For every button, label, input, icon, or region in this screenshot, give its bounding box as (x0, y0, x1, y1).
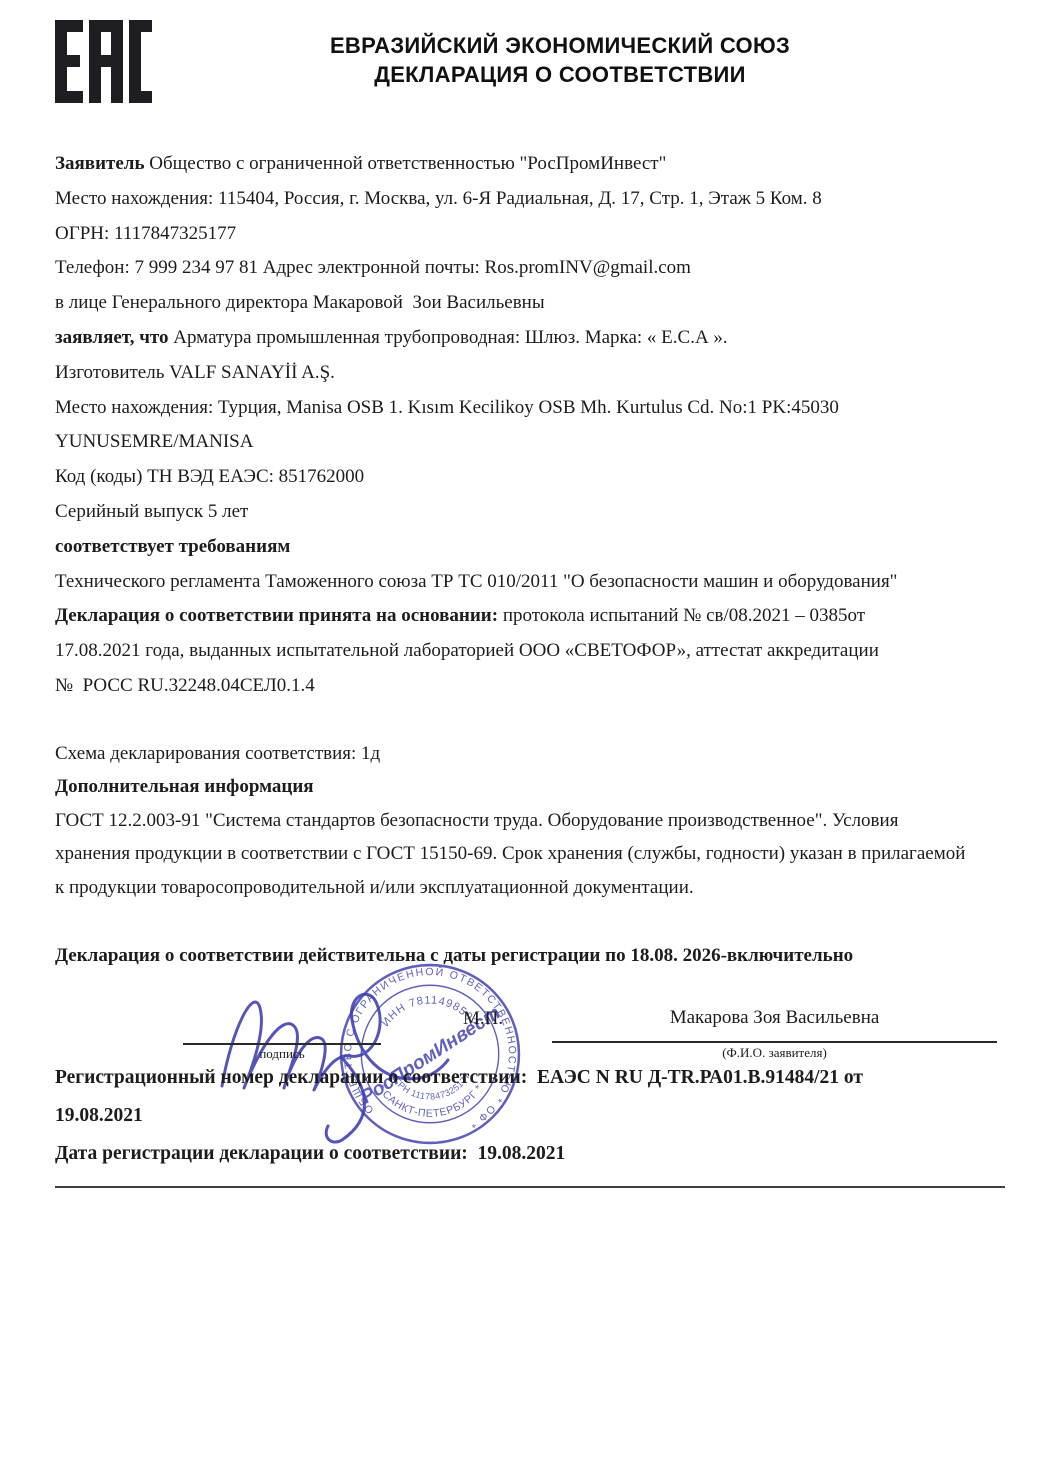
title-line-1: ЕВРАЗИЙСКИЙ ЭКОНОМИЧЕСКИЙ СОЮЗ (260, 31, 860, 60)
body-line: заявляет, что Арматура промышленная труб… (55, 321, 1020, 356)
bottom-divider (55, 1186, 1005, 1188)
eac-logo (55, 20, 152, 109)
body-block-2: Схема декларирования соответствия: 1д До… (55, 737, 1020, 904)
body-line: Место нахождения: 115404, Россия, г. Мос… (55, 182, 1020, 217)
body-line: Место нахождения: Турция, Manisa OSB 1. … (55, 391, 1020, 426)
body-line: к продукции товаросопроводительной и/или… (55, 871, 1020, 904)
mp-label: М.П. (463, 1008, 503, 1030)
body-line: Изготовитель VALF SANAYİİ A.Ş. (55, 356, 1020, 391)
eac-logo-glyph (55, 20, 152, 104)
document-page: ЕВРАЗИЙСКИЙ ЭКОНОМИЧЕСКИЙ СОЮЗ ДЕКЛАРАЦИ… (0, 0, 1062, 1476)
body-line: Дополнительная информация (55, 770, 1020, 803)
body-line: Серийный выпуск 5 лет (55, 495, 1020, 530)
body-line: хранения продукции в соответствии с ГОСТ… (55, 837, 1020, 870)
body-line: Схема декларирования соответствия: 1д (55, 737, 1020, 770)
body-line: YUNUSEMRE/MANISA (55, 425, 1020, 460)
body-line: соответствует требованиям (55, 530, 1020, 565)
registration-date-line: Дата регистрации декларации о соответств… (55, 1135, 1040, 1173)
body-line: в лице Генерального директора Макаровой … (55, 286, 1020, 321)
document-title: ЕВРАЗИЙСКИЙ ЭКОНОМИЧЕСКИЙ СОЮЗ ДЕКЛАРАЦИ… (260, 31, 860, 89)
body-line: Заявитель Общество с ограниченной ответс… (55, 147, 1020, 182)
applicant-name: Макарова Зоя Васильевна (552, 1007, 997, 1029)
body-line: Технического регламента Таможенного союз… (55, 565, 1020, 600)
body-line: ГОСТ 12.2.003-91 "Система стандартов без… (55, 804, 1020, 837)
body-block-1: Заявитель Общество с ограниченной ответс… (55, 147, 1020, 704)
body-line: № РОСС RU.32248.04СЕЛ0.1.4 (55, 669, 1020, 704)
title-line-2: ДЕКЛАРАЦИЯ О СООТВЕТСТВИИ (260, 60, 860, 89)
body-line: ОГРН: 1117847325177 (55, 217, 1020, 252)
applicant-name-line (552, 1041, 997, 1043)
signature-line (183, 1043, 381, 1045)
body-line: Телефон: 7 999 234 97 81 Адрес электронн… (55, 251, 1020, 286)
registration-number-date: 19.08.2021 (55, 1097, 1040, 1135)
body-line: Декларация о соответствии принята на осн… (55, 599, 1020, 634)
registration-block: Регистрационный номер декларации о соотв… (55, 1059, 1040, 1173)
body-line: Код (коды) ТН ВЭД ЕАЭС: 851762000 (55, 460, 1020, 495)
body-line: 17.08.2021 года, выданных испытательной … (55, 634, 1020, 669)
registration-number-line: Регистрационный номер декларации о соотв… (55, 1059, 1040, 1097)
